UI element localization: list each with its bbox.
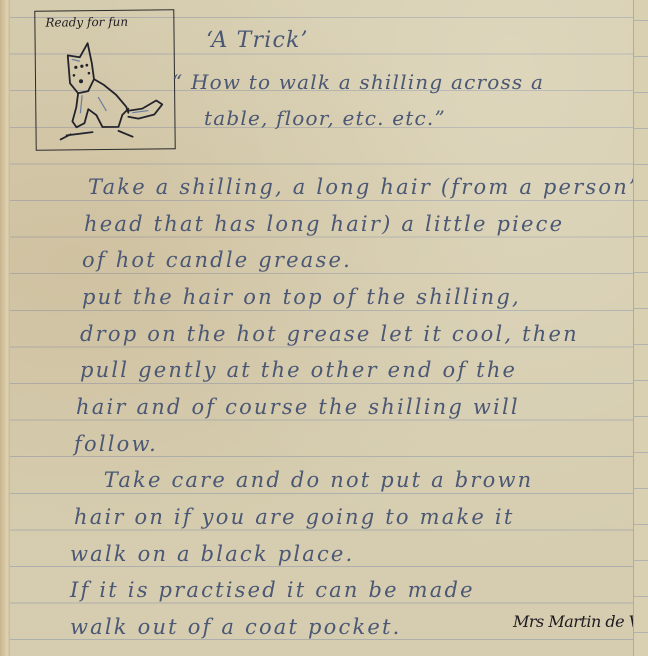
body-line: follow. — [74, 432, 158, 456]
sketch-box: Ready for fun — [34, 9, 175, 150]
trick-title: ‘A Trick’ — [206, 28, 309, 53]
body-line: put the hair on top of the shilling, — [82, 285, 521, 309]
kitten-drawing-icon — [58, 34, 171, 145]
body-line: Take care and do not put a brown — [86, 468, 533, 492]
sketch-caption: Ready for fun — [45, 15, 128, 30]
body-line: walk out of a coat pocket. — [70, 615, 402, 639]
body-line: hair on if you are going to make it — [74, 505, 514, 529]
body-line: hair and of course the shilling will — [76, 395, 520, 419]
body-line: of hot candle grease. — [82, 248, 352, 272]
body-line: head that has long hair) a little piece — [84, 212, 564, 236]
signature: Mrs Martin de V — [513, 612, 640, 631]
body-line: pull gently at the other end of the — [80, 358, 517, 382]
notebook-page: Ready for fun ‘A Trick’ “ How to walk a … — [10, 0, 636, 656]
subtitle-line-1: “ How to walk a shilling across a — [172, 70, 544, 94]
body-line: drop on the hot grease let it cool, then — [80, 322, 579, 346]
adjacent-page-edge — [633, 0, 648, 656]
body-line: If it is practised it can be made — [70, 578, 475, 602]
subtitle-line-2: table, floor, etc. etc.” — [204, 106, 446, 130]
body-line: walk on a black place. — [70, 542, 354, 566]
body-line: Take a shilling, a long hair (from a per… — [88, 175, 648, 199]
